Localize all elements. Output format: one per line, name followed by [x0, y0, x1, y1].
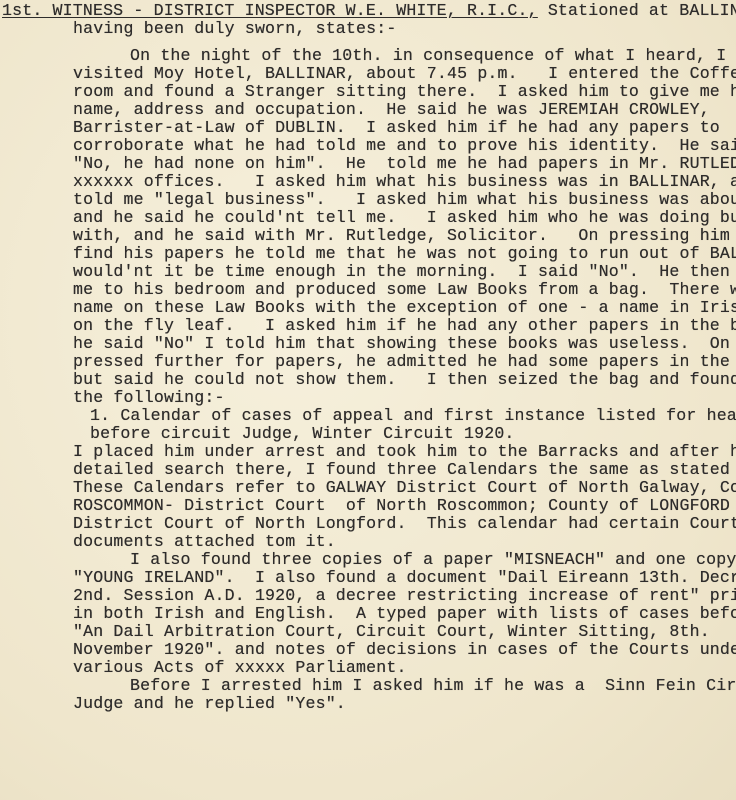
body-line: with, and he said with Mr. Rutledge, Sol…: [73, 227, 736, 245]
body-line: On the night of the 10th. in consequence…: [130, 47, 726, 65]
body-line: 2nd. Session A.D. 1920, a decree restric…: [73, 587, 736, 605]
body-line: detailed search there, I found three Cal…: [73, 461, 736, 479]
body-line: pressed further for papers, he admitted …: [73, 353, 736, 371]
body-line: xxxxxx offices. I asked him what his bus…: [73, 173, 736, 191]
list-item: 1. Calendar of cases of appeal and first…: [90, 407, 736, 425]
body-line: on the fly leaf. I asked him if he had a…: [73, 317, 736, 335]
body-line: "YOUNG IRELAND". I also found a document…: [73, 569, 736, 587]
list-item: before circuit Judge, Winter Circuit 192…: [90, 425, 515, 443]
body-line: corroborate what he had told me and to p…: [73, 137, 736, 155]
body-line: the following:-: [73, 389, 225, 407]
body-line: me to his bedroom and produced some Law …: [73, 281, 736, 299]
body-line: various Acts of xxxxx Parliament.: [73, 659, 407, 677]
body-line: I placed him under arrest and took him t…: [73, 443, 736, 461]
body-line: room and found a Stranger sitting there.…: [73, 83, 736, 101]
body-line: ROSCOMMON- District Court of North Rosco…: [73, 497, 736, 515]
body-line: Judge and he replied "Yes".: [73, 695, 346, 713]
body-line: name on these Law Books with the excepti…: [73, 299, 736, 317]
body-line: visited Moy Hotel, BALLINAR, about 7.45 …: [73, 65, 736, 83]
body-line: "No, he had none on him". He told me he …: [73, 155, 736, 173]
body-line: Before I arrested him I asked him if he …: [130, 677, 736, 695]
body-line: name, address and occupation. He said he…: [73, 101, 710, 119]
sworn-line: having been duly sworn, states:-: [73, 20, 396, 38]
body-line: told me "legal business". I asked him wh…: [73, 191, 736, 209]
witness-station: Stationed at BALLINAR,: [538, 1, 736, 20]
body-line: find his papers he told me that he was n…: [73, 245, 736, 263]
body-line: Barrister-at-Law of DUBLIN. I asked him …: [73, 119, 720, 137]
body-line: in both Irish and English. A typed paper…: [73, 605, 736, 623]
body-line: but said he could not show them. I then …: [73, 371, 736, 389]
body-line: These Calendars refer to GALWAY District…: [73, 479, 736, 497]
witness-title: 1st. WITNESS - DISTRICT INSPECTOR W.E. W…: [2, 1, 538, 20]
body-line: he said "No" I told him that showing the…: [73, 335, 736, 353]
body-line: November 1920". and notes of decisions i…: [73, 641, 736, 659]
body-line: District Court of North Longford. This c…: [73, 515, 736, 533]
statement-header: 1st. WITNESS - DISTRICT INSPECTOR W.E. W…: [2, 2, 736, 20]
body-line: "An Dail Arbitration Court, Circuit Cour…: [73, 623, 710, 641]
body-line: I also found three copies of a paper "MI…: [130, 551, 736, 569]
body-line: documents attached tom it.: [73, 533, 336, 551]
body-line: and he said he could'nt tell me. I asked…: [73, 209, 736, 227]
body-line: would'nt it be time enough in the mornin…: [73, 263, 736, 281]
typewritten-witness-statement: 1st. WITNESS - DISTRICT INSPECTOR W.E. W…: [0, 0, 736, 800]
